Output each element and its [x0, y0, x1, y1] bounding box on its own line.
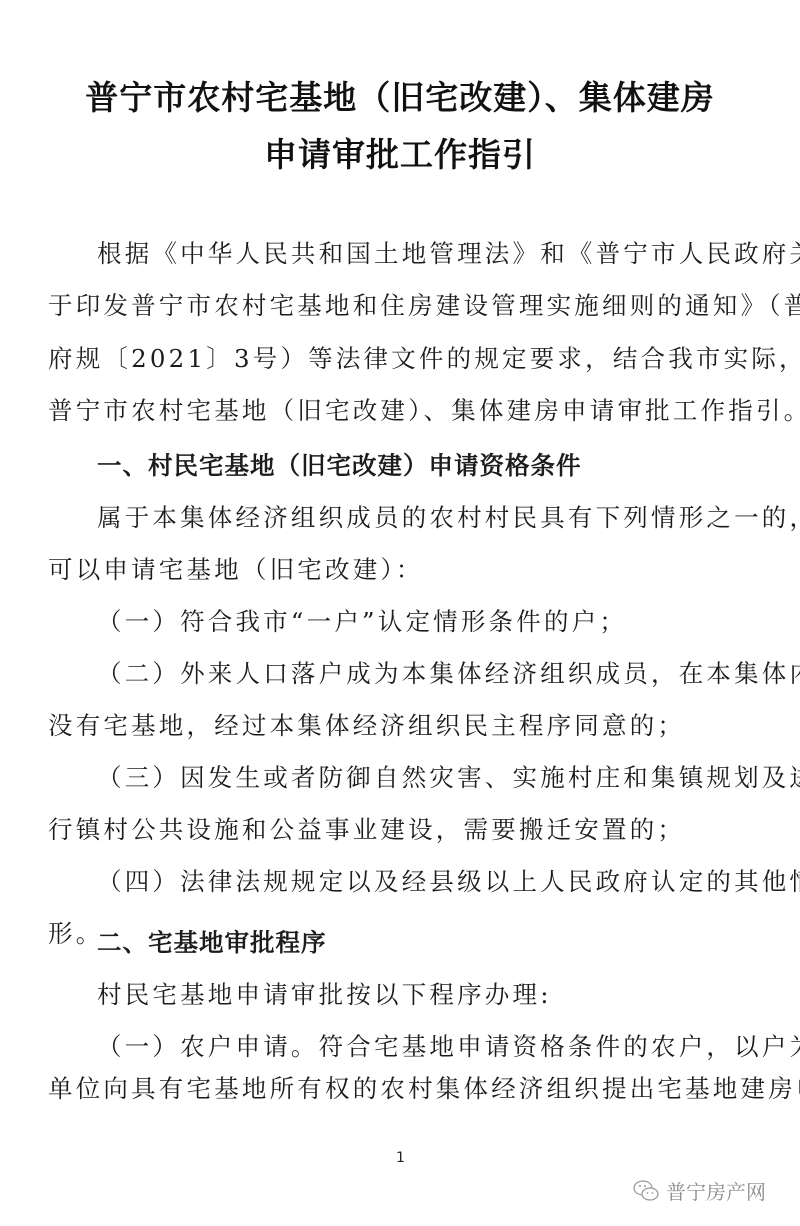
- section-1-line: 属于本集体经济组织成员的农村村民具有下列情形之一的，: [97, 502, 757, 534]
- section-1-line: （三）因发生或者防御自然灾害、实施村庄和集镇规划及进: [97, 762, 757, 794]
- section-1-line: （一）符合我市“一户”认定情形条件的户；: [97, 606, 757, 638]
- section-1-line: 可以申请宅基地（旧宅改建）：: [48, 554, 758, 586]
- section-1-line: 行镇村公共设施和公益事业建设，需要搬迁安置的；: [48, 814, 758, 846]
- section-1-line: 没有宅基地，经过本集体经济组织民主程序同意的；: [48, 710, 758, 742]
- intro-line: 根据《中华人民共和国土地管理法》和《普宁市人民政府关: [97, 238, 757, 270]
- section-2-line: 村民宅基地申请审批按以下程序办理:: [97, 979, 757, 1011]
- section-2-line: 单位向具有宅基地所有权的农村集体经济组织提出宅基地建房申: [48, 1073, 758, 1105]
- page-number: 1: [396, 1150, 405, 1166]
- wechat-icon: [632, 1179, 660, 1203]
- section-2-line: （一）农户申请。符合宅基地申请资格条件的农户，以户为: [97, 1031, 757, 1063]
- document-title-line-1: 普宁市农村宅基地（旧宅改建）、集体建房: [0, 78, 800, 118]
- section-1-line: （二）外来人口落户成为本集体经济组织成员，在本集体内: [97, 658, 757, 690]
- section-2-heading: 二、宅基地审批程序: [97, 927, 757, 959]
- document-title-line-2: 申请审批工作指引: [0, 135, 800, 175]
- intro-line: 普宁市农村宅基地（旧宅改建）、集体建房申请审批工作指引。: [48, 395, 758, 427]
- watermark: 普宁房产网: [632, 1176, 766, 1205]
- watermark-text: 普宁房产网: [666, 1176, 766, 1205]
- section-1-line: （四）法律法规规定以及经县级以上人民政府认定的其他情: [97, 866, 757, 898]
- intro-line: 于印发普宁市农村宅基地和住房建设管理实施细则的通知》（普: [48, 290, 758, 322]
- section-1-heading: 一、村民宅基地（旧宅改建）申请资格条件: [97, 450, 757, 482]
- intro-line: 府规〔2021〕3号）等法律文件的规定要求，结合我市实际，制定: [48, 343, 758, 375]
